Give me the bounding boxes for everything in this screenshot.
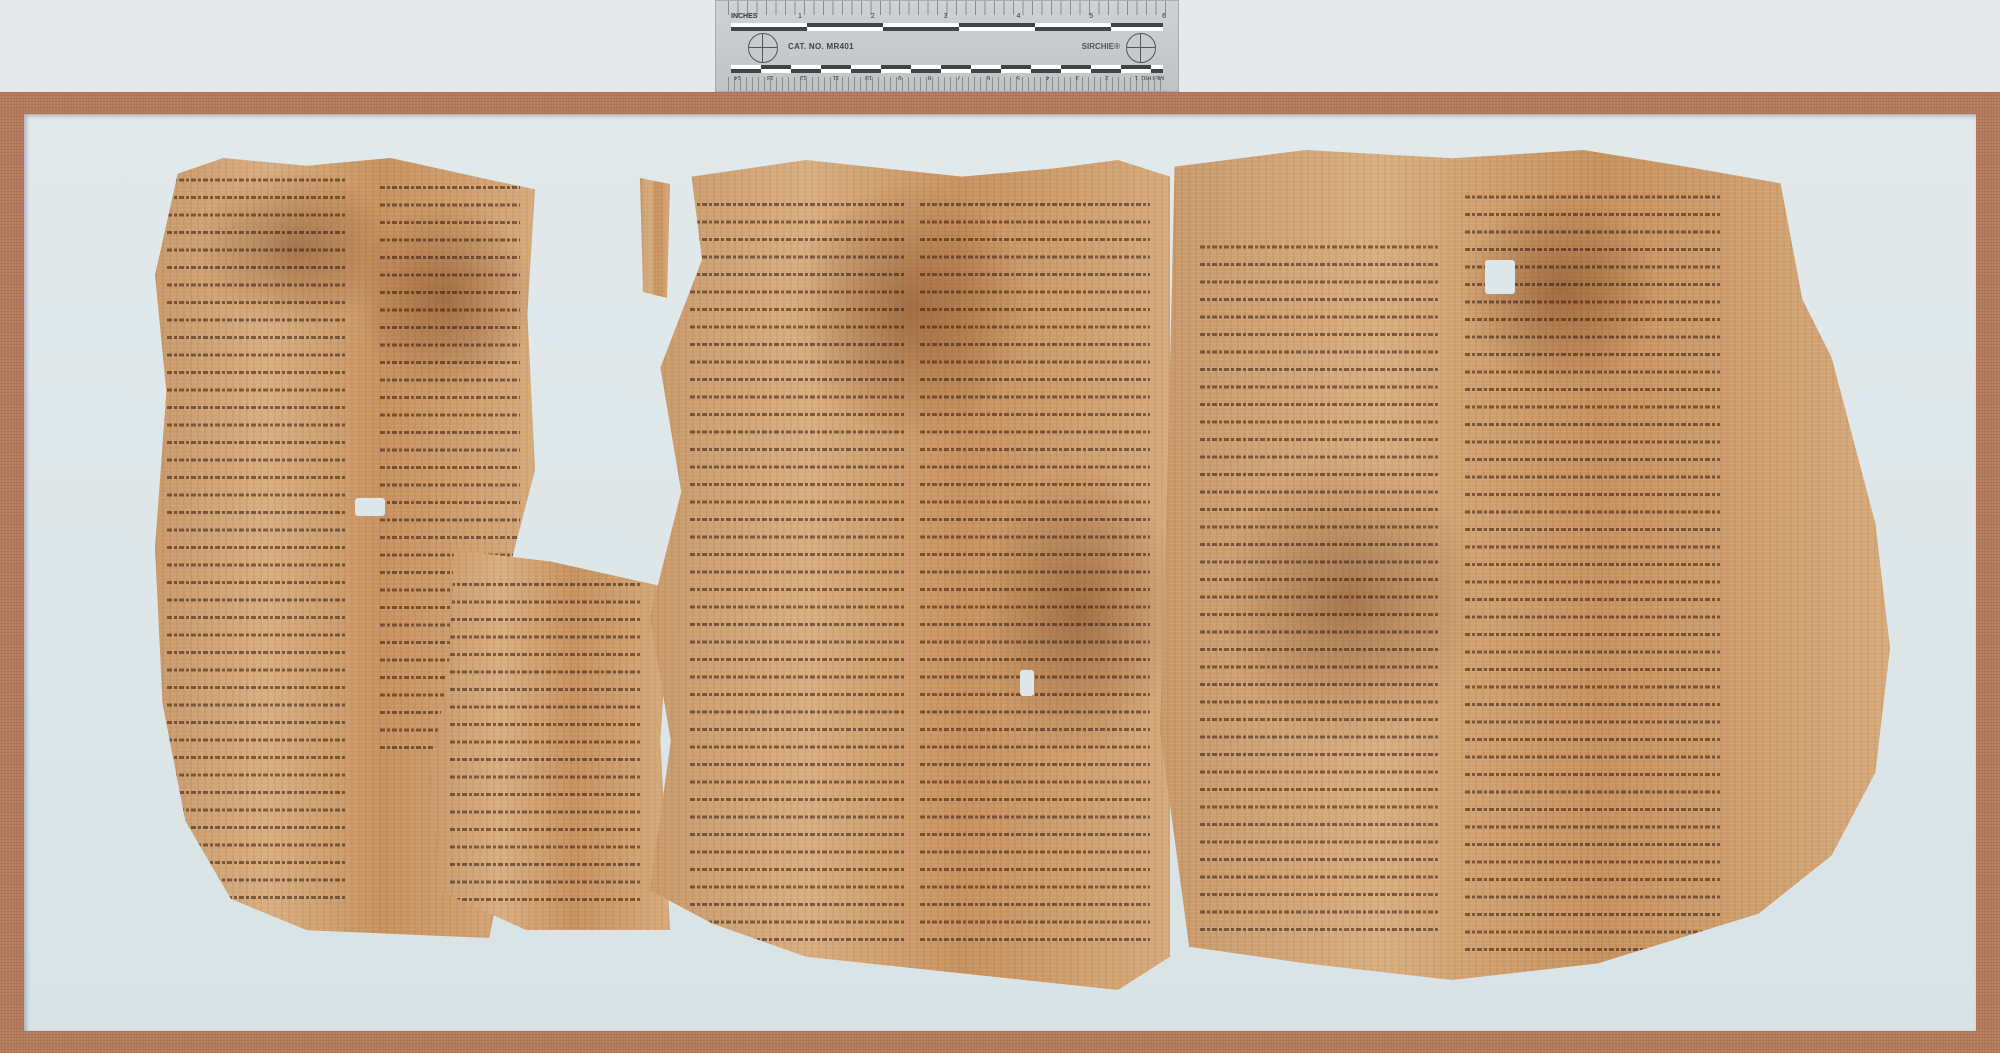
text-column-4 [920, 190, 1150, 950]
inch-numbers: 1 2 3 4 5 6 [728, 13, 1166, 23]
crosshair-target-icon [1126, 33, 1156, 63]
crosshair-target-icon [748, 33, 778, 63]
scale-bar: INCHES 1 2 3 4 5 6 CAT. NO. MR401 SIRCHI… [715, 0, 1179, 92]
text-column-2b [450, 570, 640, 910]
text-column-3 [690, 190, 905, 950]
papyrus-strip [640, 178, 670, 298]
text-column-6 [1465, 190, 1720, 960]
papyrus-fragment-middle [650, 160, 1170, 990]
inch-checker-bar-lower [731, 27, 1163, 31]
brand-label: SIRCHIE® [1082, 42, 1120, 51]
text-column-5 [1200, 240, 1440, 940]
papyrus-fragment-right [1160, 150, 1890, 980]
metric-ticks [728, 77, 1166, 91]
catalog-number: CAT. NO. MR401 [788, 42, 854, 51]
papyrus-fragment-left-lower [430, 550, 670, 930]
text-column-1 [167, 178, 347, 908]
metric-checker-bar-lower [731, 69, 1163, 73]
